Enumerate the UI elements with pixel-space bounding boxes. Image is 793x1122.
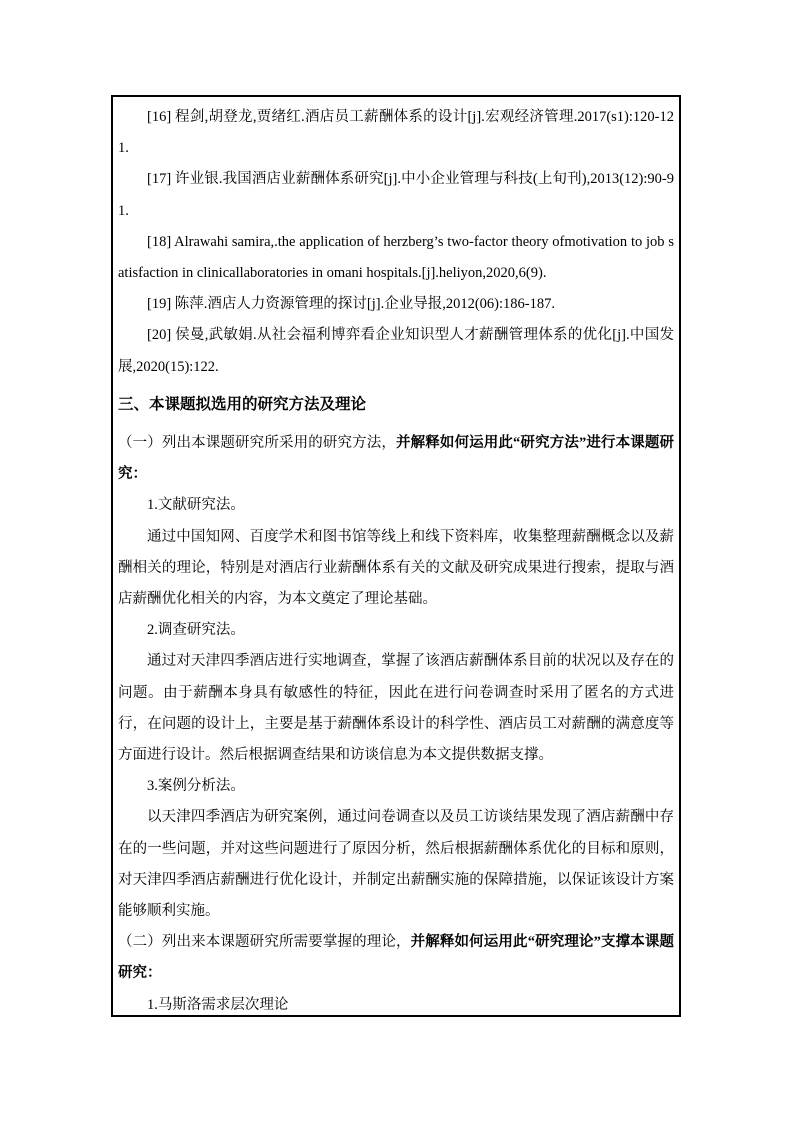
document-page: [16] 程剑,胡登龙,贾绪红.酒店员工薪酬体系的设计[j].宏观经济管理.20…: [0, 0, 793, 1122]
method-paragraph: 通过中国知网、百度学术和图书馆等线上和线下资料库，收集整理薪酬概念以及薪酬相关的…: [118, 522, 674, 616]
method-title: 3.案例分析法。: [118, 771, 674, 802]
method-title: 2.调查研究法。: [118, 615, 674, 646]
part1-intro: （一）列出本课题研究所采用的研究方法，并解释如何运用此“研究方法”进行本课题研究…: [118, 428, 674, 490]
reference-item: [18] Alrawahi samira,.the application of…: [118, 227, 674, 289]
method-paragraph: 以天津四季酒店为研究案例，通过问卷调查以及员工访谈结果发现了酒店薪酬中存在的一些…: [118, 802, 674, 927]
form-cell: [16] 程剑,胡登龙,贾绪红.酒店员工薪酬体系的设计[j].宏观经济管理.20…: [111, 95, 681, 1017]
method-paragraph: 通过对天津四季酒店进行实地调查，掌握了该酒店薪酬体系目前的状况以及存在的问题。由…: [118, 646, 674, 771]
method-title: 1.文献研究法。: [118, 490, 674, 521]
part2-intro-lead: （二）列出来本课题研究所需要掌握的理论，: [118, 934, 411, 950]
theory-title: 1.马斯洛需求层次理论: [118, 990, 674, 1017]
part1-intro-lead: （一）列出本课题研究所采用的研究方法，: [118, 435, 396, 451]
reference-item: [19] 陈萍.酒店人力资源管理的探讨[j].企业导报,2012(06):186…: [118, 289, 674, 320]
reference-item: [16] 程剑,胡登龙,贾绪红.酒店员工薪酬体系的设计[j].宏观经济管理.20…: [118, 102, 674, 164]
section-heading: 三、本课题拟选用的研究方法及理论: [118, 389, 674, 420]
reference-item: [17] 许业银.我国酒店业薪酬体系研究[j].中小企业管理与科技(上旬刊),2…: [118, 164, 674, 226]
part2-intro: （二）列出来本课题研究所需要掌握的理论，并解释如何运用此“研究理论”支撑本课题研…: [118, 927, 674, 989]
reference-item: [20] 侯曼,武敏娟.从社会福利博弈看企业知识型人才薪酬管理体系的优化[j].…: [118, 320, 674, 382]
